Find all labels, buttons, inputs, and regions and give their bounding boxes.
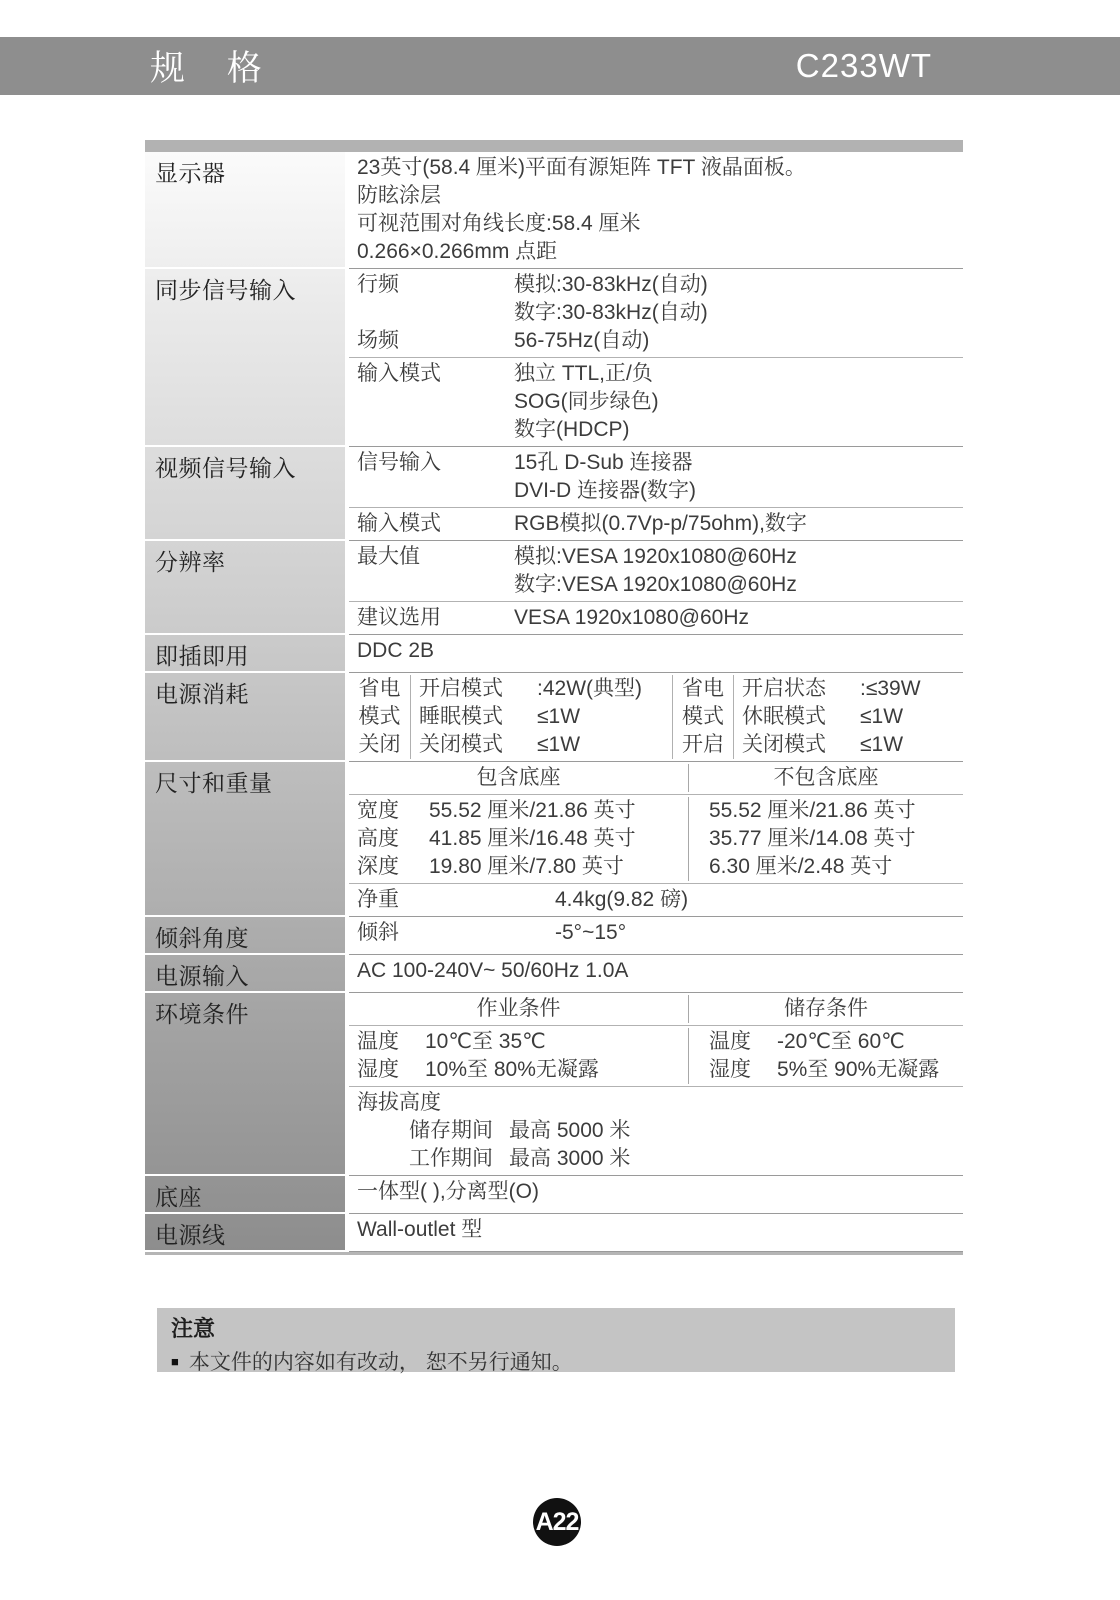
- spec-key: 最大值: [349, 543, 514, 599]
- spec-key: 输入模式: [349, 360, 514, 444]
- spec-key: 建议选用: [349, 604, 514, 632]
- spec-pair: 输入模式 独立 TTL,正/负 SOG(同步绿色) 数字(HDCP): [349, 360, 963, 444]
- storage-conditions: 温度 -20℃至 60℃ 湿度 5%至 90%无凝露: [689, 1028, 963, 1084]
- spec-row-environment: 环境条件 作业条件 储存条件 温度 10℃至 35℃ 湿: [145, 993, 963, 1176]
- spec-key: 温度: [349, 1028, 425, 1056]
- spec-row-power-consumption: 电源消耗 省电 模式 关闭 开启模式 :42W(典型): [145, 673, 963, 762]
- spec-content: 作业条件 储存条件 温度 10℃至 35℃ 湿度 10%至 80%无凝露: [349, 993, 963, 1176]
- spec-pair: 信号输入 15孔 D-Sub 连接器 DVI-D 连接器(数字): [349, 449, 963, 505]
- spec-content: Wall-outlet 型: [349, 1214, 963, 1252]
- mode-line: 开启: [675, 731, 731, 759]
- stand-value: 一体型( ),分离型(O): [349, 1176, 963, 1208]
- spec-pair: 湿度 5%至 90%无凝露: [709, 1056, 963, 1084]
- spec-key: 深度: [349, 853, 429, 881]
- spec-value: 41.85 厘米/16.48 英寸: [429, 825, 636, 853]
- spec-value: -5°~15°: [555, 919, 963, 947]
- spec-key: 净重: [349, 886, 555, 914]
- mode-line: 关闭: [351, 731, 408, 759]
- spec-pair: 开启状态 :≤39W: [742, 675, 963, 703]
- mode-line: 省电: [351, 675, 408, 703]
- pnp-value: DDC 2B: [349, 635, 963, 667]
- spec-label: 分辨率: [145, 541, 345, 635]
- spec-content: DDC 2B: [349, 635, 963, 673]
- page-number: A22: [536, 1508, 579, 1537]
- spec-label: 电源线: [145, 1214, 345, 1252]
- spec-key: 工作期间: [409, 1145, 509, 1173]
- spec-pair: 最大值 模拟:VESA 1920x1080@60Hz 数字:VESA 1920x…: [349, 543, 963, 599]
- spec-value: :42W(典型): [537, 675, 642, 703]
- spec-key: 输入模式: [349, 510, 514, 538]
- spec-label: 电源消耗: [145, 673, 345, 762]
- spec-key: 温度: [709, 1028, 777, 1056]
- spec-row-dimensions-weight: 尺寸和重量 包含底座 不包含底座 宽度 55.52 厘米/21.86 英寸: [145, 762, 963, 917]
- spec-value: 15孔 D-Sub 连接器 DVI-D 连接器(数字): [514, 449, 963, 505]
- spec-value: ≤1W: [860, 703, 903, 731]
- spec-value: 可视范围对角线长度:58.4 厘米: [349, 210, 963, 238]
- spec-value: RGB模拟(0.7Vp-p/75ohm),数字: [514, 510, 963, 538]
- spec-key: 信号输入: [349, 449, 514, 505]
- dims-without-stand: 55.52 厘米/21.86 英寸 35.77 厘米/14.08 英寸 6.30…: [689, 797, 963, 881]
- spec-value-line: SOG(同步绿色): [514, 388, 963, 416]
- spec-value: 最高 3000 米: [509, 1145, 630, 1173]
- spec-label: 底座: [145, 1176, 345, 1214]
- spec-key: 关闭模式: [419, 731, 537, 759]
- display-lines: 23英寸(58.4 厘米)平面有源矩阵 TFT 液晶面板。 防眩涂层 可视范围对…: [349, 152, 963, 268]
- spec-label: 环境条件: [145, 993, 345, 1176]
- spec-row-display: 显示器 23英寸(58.4 厘米)平面有源矩阵 TFT 液晶面板。 防眩涂层 可…: [145, 152, 963, 269]
- environment-values: 温度 10℃至 35℃ 湿度 10%至 80%无凝露 温度 -20℃: [349, 1025, 963, 1086]
- video-signal: 信号输入 15孔 D-Sub 连接器 DVI-D 连接器(数字): [349, 447, 963, 507]
- spec-key: 湿度: [349, 1056, 425, 1084]
- column-header: 不包含底座: [689, 764, 963, 792]
- spec-value: VESA 1920x1080@60Hz: [514, 604, 963, 632]
- power-grid: 省电 模式 关闭 开启模式 :42W(典型) 睡眠模式 ≤1W: [349, 673, 963, 761]
- spec-value: ≤1W: [537, 731, 580, 759]
- spec-value: 模拟:30-83kHz(自动) 数字:30-83kHz(自动): [514, 271, 963, 327]
- spec-row-tilt: 倾斜角度 倾斜 -5°~15°: [145, 917, 963, 955]
- spec-row-resolution: 分辨率 最大值 模拟:VESA 1920x1080@60Hz 数字:VESA 1…: [145, 541, 963, 635]
- spec-value: :≤39W: [860, 675, 921, 703]
- spec-value: 最高 5000 米: [509, 1117, 630, 1145]
- spec-pair: 关闭模式 ≤1W: [742, 731, 963, 759]
- power-off-values: 开启模式 :42W(典型) 睡眠模式 ≤1W 关闭模式 ≤1W: [411, 675, 672, 759]
- spec-pair: 深度 19.80 厘米/7.80 英寸: [349, 853, 688, 881]
- spec-value: 56-75Hz(自动): [514, 327, 963, 355]
- spec-pair: 行频 模拟:30-83kHz(自动) 数字:30-83kHz(自动): [349, 271, 963, 327]
- spec-key: 开启状态: [742, 675, 860, 703]
- spec-content: 最大值 模拟:VESA 1920x1080@60Hz 数字:VESA 1920x…: [349, 541, 963, 635]
- spec-pair: 高度 41.85 厘米/16.48 英寸: [349, 825, 688, 853]
- operating-conditions: 温度 10℃至 35℃ 湿度 10%至 80%无凝露: [349, 1028, 689, 1084]
- spec-label: 倾斜角度: [145, 917, 345, 955]
- spec-value-line: 独立 TTL,正/负: [514, 360, 963, 388]
- page-title: 规 格: [150, 41, 278, 91]
- spec-pair: 倾斜 -5°~15°: [349, 919, 963, 947]
- spec-value: AC 100-240V~ 50/60Hz 1.0A: [349, 957, 963, 985]
- spec-label: 尺寸和重量: [145, 762, 345, 917]
- spec-pair: 建议选用 VESA 1920x1080@60Hz: [349, 604, 963, 632]
- spec-pair: 湿度 10%至 80%无凝露: [349, 1056, 688, 1084]
- spec-content: 信号输入 15孔 D-Sub 连接器 DVI-D 连接器(数字) 输入模式 RG…: [349, 447, 963, 541]
- spec-key: 储存期间: [409, 1117, 509, 1145]
- spec-pair: 宽度 55.52 厘米/21.86 英寸: [349, 797, 688, 825]
- spec-label: 显示器: [145, 152, 345, 269]
- spec-value-line: 模拟:VESA 1920x1080@60Hz: [514, 543, 963, 571]
- mode-line: 省电: [675, 675, 731, 703]
- power-input-value: AC 100-240V~ 50/60Hz 1.0A: [349, 955, 963, 987]
- spec-row-video-input: 视频信号输入 信号输入 15孔 D-Sub 连接器 DVI-D 连接器(数字): [145, 447, 963, 541]
- resolution-max: 最大值 模拟:VESA 1920x1080@60Hz 数字:VESA 1920x…: [349, 541, 963, 601]
- spec-label: 电源输入: [145, 955, 345, 993]
- spec-key: 场频: [349, 327, 514, 355]
- mode-line: 模式: [351, 703, 408, 731]
- spec-key: 休眠模式: [742, 703, 860, 731]
- spec-key: 湿度: [709, 1056, 777, 1084]
- video-input-form: 输入模式 RGB模拟(0.7Vp-p/75ohm),数字: [349, 507, 963, 540]
- dimensions-header: 包含底座 不包含底座: [349, 762, 963, 794]
- spec-pair: 温度 -20℃至 60℃: [709, 1028, 963, 1056]
- spec-value-line: DVI-D 连接器(数字): [514, 477, 963, 505]
- spec-key: 海拔高度: [349, 1089, 963, 1117]
- spec-content: 一体型( ),分离型(O): [349, 1176, 963, 1214]
- spec-row-power-cord: 电源线 Wall-outlet 型: [145, 1214, 963, 1252]
- spec-pair: 温度 10℃至 35℃: [349, 1028, 688, 1056]
- spec-table: 显示器 23英寸(58.4 厘米)平面有源矩阵 TFT 液晶面板。 防眩涂层 可…: [145, 140, 963, 1255]
- cord-value: Wall-outlet 型: [349, 1214, 963, 1246]
- spec-key: 行频: [349, 271, 514, 327]
- spec-value-line: 15孔 D-Sub 连接器: [514, 449, 963, 477]
- column-header: 包含底座: [349, 764, 689, 792]
- spec-value: 一体型( ),分离型(O): [349, 1178, 963, 1206]
- spec-value: ≤1W: [537, 703, 580, 731]
- spec-row-sync-input: 同步信号输入 行频 模拟:30-83kHz(自动) 数字:30-83kHz(自动…: [145, 269, 963, 447]
- column-header: 储存条件: [689, 995, 963, 1023]
- table-body: 显示器 23英寸(58.4 厘米)平面有源矩阵 TFT 液晶面板。 防眩涂层 可…: [145, 152, 963, 1255]
- page-header: 规 格 C233WT: [0, 37, 1120, 95]
- spec-value: 6.30 厘米/2.48 英寸: [709, 853, 963, 881]
- spec-content: 行频 模拟:30-83kHz(自动) 数字:30-83kHz(自动) 场频 56…: [349, 269, 963, 447]
- spec-row-plug-and-play: 即插即用 DDC 2B: [145, 635, 963, 673]
- spec-value: 19.80 厘米/7.80 英寸: [429, 853, 624, 881]
- spec-value: 0.266×0.266mm 点距: [349, 238, 963, 266]
- spec-pair: 工作期间 最高 3000 米: [349, 1145, 963, 1173]
- net-weight: 净重 4.4kg(9.82 磅): [349, 883, 963, 916]
- spec-value: Wall-outlet 型: [349, 1216, 963, 1244]
- spec-row-stand: 底座 一体型( ),分离型(O): [145, 1176, 963, 1214]
- spec-pair: 休眠模式 ≤1W: [742, 703, 963, 731]
- note-text: 本文件的内容如有改动， 恕不另行通知。: [189, 1346, 573, 1376]
- spec-value: 防眩涂层: [349, 182, 963, 210]
- spec-value: 10℃至 35℃: [425, 1028, 546, 1056]
- spec-value: 4.4kg(9.82 磅): [555, 886, 963, 914]
- spec-content: 倾斜 -5°~15°: [349, 917, 963, 955]
- spec-value-line: 数字:VESA 1920x1080@60Hz: [514, 571, 963, 599]
- dims-with-stand: 宽度 55.52 厘米/21.86 英寸 高度 41.85 厘米/16.48 英…: [349, 797, 689, 881]
- sync-input-form: 输入模式 独立 TTL,正/负 SOG(同步绿色) 数字(HDCP): [349, 357, 963, 446]
- column-header: 作业条件: [349, 995, 689, 1023]
- spec-pair: 场频 56-75Hz(自动): [349, 327, 963, 355]
- spec-value-line: 模拟:30-83kHz(自动): [514, 271, 963, 299]
- power-mode-off-label: 省电 模式 关闭: [349, 675, 411, 759]
- spec-row-power-input: 电源输入 AC 100-240V~ 50/60Hz 1.0A: [145, 955, 963, 993]
- spec-key: 倾斜: [349, 919, 555, 947]
- page-number-badge: A22: [533, 1498, 581, 1546]
- spec-value: 独立 TTL,正/负 SOG(同步绿色) 数字(HDCP): [514, 360, 963, 444]
- spec-label: 视频信号输入: [145, 447, 345, 541]
- altitude: 海拔高度 储存期间 最高 5000 米 工作期间 最高 3000 米: [349, 1086, 963, 1175]
- spec-value: ≤1W: [860, 731, 903, 759]
- spec-key: 宽度: [349, 797, 429, 825]
- dimensions-values: 宽度 55.52 厘米/21.86 英寸 高度 41.85 厘米/16.48 英…: [349, 794, 963, 883]
- spec-key: 高度: [349, 825, 429, 853]
- spec-key: 关闭模式: [742, 731, 860, 759]
- bullet-square-icon: ■: [171, 1355, 179, 1368]
- spec-pair: 睡眠模式 ≤1W: [419, 703, 672, 731]
- spec-value: 5%至 90%无凝露: [777, 1056, 939, 1084]
- note-item: ■ 本文件的内容如有改动， 恕不另行通知。: [171, 1346, 955, 1376]
- spec-pair: 关闭模式 ≤1W: [419, 731, 672, 759]
- manual-page: 规 格 C233WT 显示器 23英寸(58.4 厘米)平面有源矩阵 TFT 液…: [0, 0, 1120, 1600]
- table-top-bar: [145, 140, 963, 152]
- tilt-value: 倾斜 -5°~15°: [349, 917, 963, 949]
- mode-line: 模式: [675, 703, 731, 731]
- spec-value: 23英寸(58.4 厘米)平面有源矩阵 TFT 液晶面板。: [349, 154, 963, 182]
- power-on-values: 开启状态 :≤39W 休眠模式 ≤1W 关闭模式 ≤1W: [734, 675, 963, 759]
- spec-pair: 开启模式 :42W(典型): [419, 675, 672, 703]
- sync-frequency: 行频 模拟:30-83kHz(自动) 数字:30-83kHz(自动) 场频 56…: [349, 269, 963, 357]
- spec-value: 35.77 厘米/14.08 英寸: [709, 825, 963, 853]
- spec-label: 即插即用: [145, 635, 345, 673]
- spec-value: 10%至 80%无凝露: [425, 1056, 599, 1084]
- spec-pair: 输入模式 RGB模拟(0.7Vp-p/75ohm),数字: [349, 510, 963, 538]
- power-mode-on-label: 省电 模式 开启: [672, 675, 734, 759]
- spec-content: 23英寸(58.4 厘米)平面有源矩阵 TFT 液晶面板。 防眩涂层 可视范围对…: [349, 152, 963, 269]
- model-number: C233WT: [796, 47, 932, 85]
- spec-content: 省电 模式 关闭 开启模式 :42W(典型) 睡眠模式 ≤1W: [349, 673, 963, 762]
- spec-value: 模拟:VESA 1920x1080@60Hz 数字:VESA 1920x1080…: [514, 543, 963, 599]
- spec-value: 55.52 厘米/21.86 英寸: [709, 797, 963, 825]
- spec-content: 包含底座 不包含底座 宽度 55.52 厘米/21.86 英寸 高度 41.85…: [349, 762, 963, 917]
- spec-pair: 净重 4.4kg(9.82 磅): [349, 886, 963, 914]
- note-box: 注意 ■ 本文件的内容如有改动， 恕不另行通知。: [157, 1308, 955, 1372]
- spec-value: DDC 2B: [349, 637, 963, 665]
- spec-pair: 储存期间 最高 5000 米: [349, 1117, 963, 1145]
- spec-key: 睡眠模式: [419, 703, 537, 731]
- spec-content: AC 100-240V~ 50/60Hz 1.0A: [349, 955, 963, 993]
- spec-value-line: 数字:30-83kHz(自动): [514, 299, 963, 327]
- environment-header: 作业条件 储存条件: [349, 993, 963, 1025]
- spec-label: 同步信号输入: [145, 269, 345, 447]
- spec-value: 55.52 厘米/21.86 英寸: [429, 797, 636, 825]
- spec-key: 开启模式: [419, 675, 537, 703]
- spec-value-line: 数字(HDCP): [514, 416, 963, 444]
- spec-value: -20℃至 60℃: [777, 1028, 905, 1056]
- resolution-recommended: 建议选用 VESA 1920x1080@60Hz: [349, 601, 963, 634]
- note-title: 注意: [171, 1312, 955, 1343]
